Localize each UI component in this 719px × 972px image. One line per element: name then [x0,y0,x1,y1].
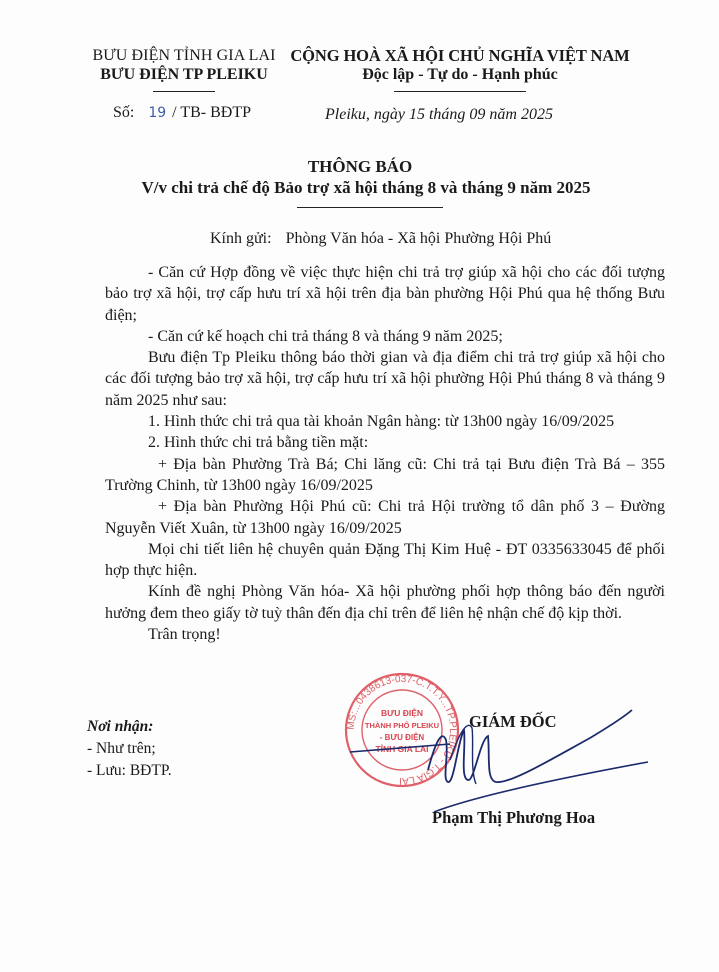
document-subject: V/v chi trả chế độ Bảo trợ xã hội tháng … [92,177,640,199]
parent-organization: BƯU ĐIỆN TỈNH GIA LAI [80,46,288,65]
handwritten-signature-icon [350,700,650,820]
signer-name: Phạm Thị Phương Hoa [432,808,595,828]
divider [394,91,526,92]
sub-item-hoi-phu: + Địa bàn Phường Hội Phú cũ: Chi trả Hội… [105,496,665,539]
recipient-item: - Như trên; [87,738,172,760]
document-number: Số: 19 / TB- BĐTP [113,104,251,122]
issuing-organization: BƯU ĐIỆN TỈNH GIA LAI BƯU ĐIỆN TP PLEIKU [80,46,288,92]
list-item-bank-transfer: 1. Hình thức chi trả qua tài khoản Ngân … [105,411,665,432]
document-type: THÔNG BÁO [80,157,640,177]
document-title-block: THÔNG BÁO V/v chi trả chế độ Bảo trợ xã … [80,157,640,208]
document-body: - Căn cứ Hợp đồng về việc thực hiện chi … [105,262,665,645]
list-item-cash: 2. Hình thức chi trả bằng tiền mặt: [105,432,665,453]
place-date: Pleiku, ngày 15 tháng 09 năm 2025 [325,106,553,124]
recipients-block: Nơi nhận: - Như trên; - Lưu: BĐTP. [87,716,172,782]
number-value: 19 [148,105,166,121]
national-header: CỘNG HOÀ XÃ HỘI CHỦ NGHĨA VIỆT NAM Độc l… [286,46,634,92]
closing-phrase: Trân trọng! [105,624,665,645]
divider [297,207,443,208]
document-page: BƯU ĐIỆN TỈNH GIA LAI BƯU ĐIỆN TP PLEIKU… [0,0,719,972]
divider [153,91,215,92]
paragraph-contact: Mọi chi tiết liên hệ chuyên quản Đặng Th… [105,539,665,582]
paragraph-basis-contract: - Căn cứ Hợp đồng về việc thực hiện chi … [105,262,665,326]
recipients-title: Nơi nhận: [87,716,172,738]
sub-item-tra-ba: + Địa bàn Phường Trà Bá; Chi lăng cũ: Ch… [105,454,665,497]
recipient-name: Phòng Văn hóa - Xã hội Phường Hội Phú [286,230,552,247]
paragraph-basis-plan: - Căn cứ kế hoạch chi trả tháng 8 và thá… [105,326,665,347]
number-label: Số: [113,104,134,121]
recipient-label: Kính gửi: [210,230,272,247]
number-suffix: / TB- BĐTP [172,104,251,121]
national-motto: Độc lập - Tự do - Hạnh phúc [286,65,634,85]
recipient-line: Kính gửi: Phòng Văn hóa - Xã hội Phường … [210,230,551,248]
nation-title: CỘNG HOÀ XÃ HỘI CHỦ NGHĨA VIỆT NAM [286,46,634,65]
paragraph-request: Kính đề nghị Phòng Văn hóa- Xã hội phườn… [105,581,665,624]
recipient-item: - Lưu: BĐTP. [87,760,172,782]
organization-name: BƯU ĐIỆN TP PLEIKU [80,65,288,84]
paragraph-announcement: Bưu điện Tp Pleiku thông báo thời gian v… [105,347,665,411]
